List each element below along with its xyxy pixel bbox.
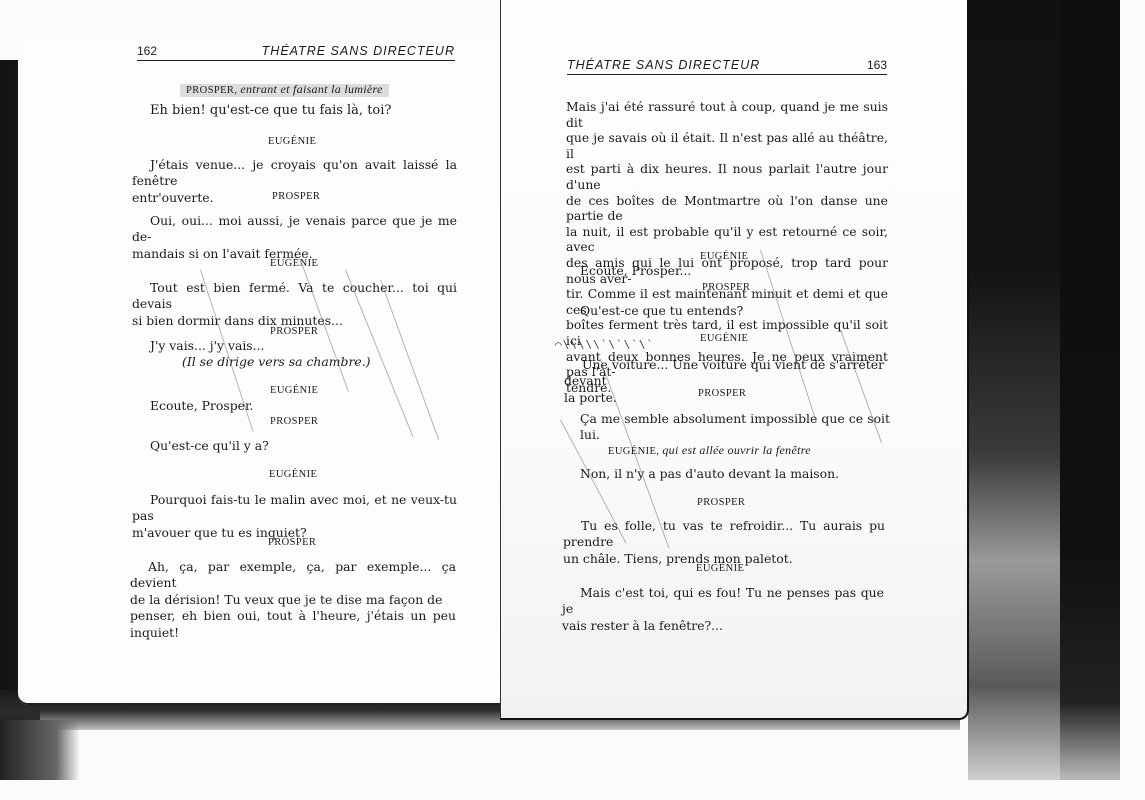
page-number: 162 xyxy=(137,44,157,58)
speaker-heading: EUGÉNIE, qui est allée ouvrir la fenêtre xyxy=(608,443,811,458)
speaker-name: EUGÉNIE xyxy=(700,333,748,344)
dialogue-paragraph: Pourquoi fais-tu le malin avec moi, et n… xyxy=(132,492,457,541)
right-page-header: THÉATRE SANS DIRECTEUR 163 xyxy=(567,58,887,75)
dialogue-paragraph: Tu es folle, tu vas te refroidir... Tu a… xyxy=(563,518,885,567)
stage-direction: (Il se dirige vers sa chambre.) xyxy=(182,354,442,370)
speaker-name: PROSPER xyxy=(702,282,750,293)
speaker-name: PROSPER xyxy=(698,388,746,399)
scan-shadow-right xyxy=(968,0,1120,780)
left-page-header: 162 THÉATRE SANS DIRECTEUR xyxy=(137,44,455,61)
speaker-name: EUGÉNIE xyxy=(270,385,318,396)
speaker-name: EUGÉNIE xyxy=(696,563,744,574)
speaker-name: PROSPER xyxy=(270,326,318,337)
dialogue-paragraph: Oui, oui... moi aussi, je venais parce q… xyxy=(132,213,457,262)
speaker-name: PROSPER xyxy=(270,416,318,427)
scan-shadow-bottom-left xyxy=(0,720,80,780)
dialogue-line: Eh bien! qu'est-ce que tu fais là, toi? xyxy=(150,103,460,119)
page-number: 163 xyxy=(867,58,887,72)
speaker-name: PROSPER xyxy=(268,537,316,548)
speaker-heading: PROSPER, entrant et faisant la lumière xyxy=(180,82,389,97)
speaker-name: EUGÉNIE xyxy=(269,469,317,480)
dialogue-line: Qu'est-ce que tu entends? xyxy=(580,303,880,319)
dialogue-line: Qu'est-ce qu'il y a? xyxy=(150,438,450,454)
speaker-name: EUGÉNIE xyxy=(270,258,318,269)
speaker-name: PROSPER xyxy=(272,191,320,202)
dialogue-paragraph: Tout est bien fermé. Va te coucher... to… xyxy=(132,280,457,329)
dialogue-line: Ecoute, Prosper. xyxy=(150,398,450,414)
pencil-scribble: ⌒\\\\\`\`\`\` xyxy=(555,338,654,351)
speaker-name: EUGÉNIE xyxy=(700,251,748,262)
dialogue-line: Non, il n'y a pas d'auto devant la maiso… xyxy=(580,466,880,482)
dialogue-paragraph: Ah, ça, par exemple, ça, par exemple... … xyxy=(130,559,456,641)
running-title: THÉATRE SANS DIRECTEUR xyxy=(262,44,455,58)
dialogue-line: Ecoute, Prosper... xyxy=(580,263,880,279)
dialogue-paragraph: Mais c'est toi, qui es fou! Tu ne penses… xyxy=(562,585,884,634)
speaker-name: EUGÉNIE xyxy=(268,136,316,147)
dialogue-line: Ça me semble absolument impossible que c… xyxy=(580,411,890,444)
running-title: THÉATRE SANS DIRECTEUR xyxy=(567,58,760,72)
speaker-name: PROSPER xyxy=(697,497,745,508)
